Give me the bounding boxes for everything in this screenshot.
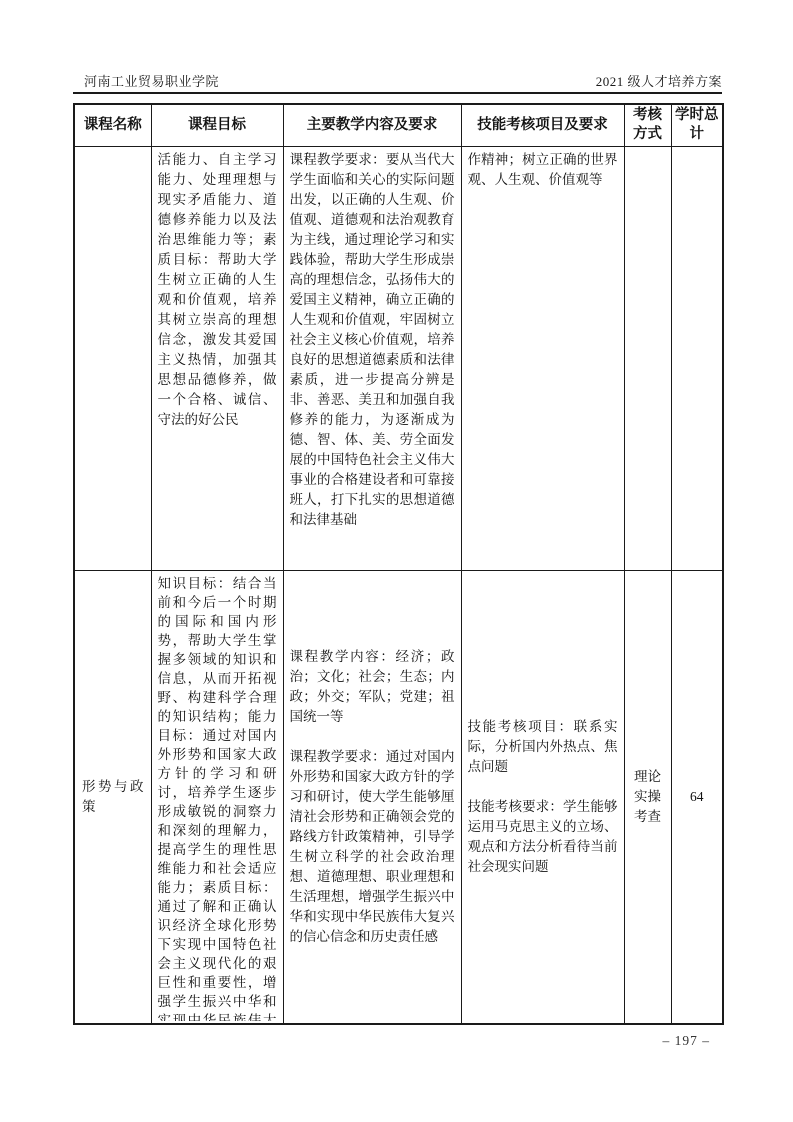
table-row: 活能力、自主学习能力、处理理想与现实矛盾能力、道德修养能力以及法治思维能力等；素… [74,146,723,570]
row1-teaching-content-text: 课程教学要求：要从当代大学生面临和关心的实际问题出发，以正确的人生观、价值观、道… [284,147,461,533]
table-header-row: 课程名称 课程目标 主要教学内容及要求 技能考核项目及要求 考核方式 学时总计 [74,104,723,146]
row1-skill-assessment-text: 作精神；树立正确的世界观、人生观、价值观等 [462,147,624,193]
col-header-course-name: 课程名称 [74,104,151,146]
header-rule [73,92,722,94]
cell-row1-objectives: 活能力、自主学习能力、处理理想与现实矛盾能力、道德修养能力以及法治思维能力等；素… [151,146,283,570]
cell-row1-method [624,146,671,570]
col-header-course-objectives: 课程目标 [151,104,283,146]
row1-objectives-text: 活能力、自主学习能力、处理理想与现实矛盾能力、道德修养能力以及法治思维能力等；素… [152,147,283,433]
row2-teaching-content-paragraph-1: 课程教学内容：经济；政治；文化；社会；生态；内政；外交；军队；党建；祖国统一等 [290,647,455,727]
method-line-review: 考查 [625,807,671,827]
cell-row1-hours [671,146,723,570]
col-header-total-hours: 学时总计 [671,104,723,146]
cell-row2-teaching-content: 课程教学内容：经济；政治；文化；社会；生态；内政；外交；军队；党建；祖国统一等 … [283,570,461,1024]
row2-teaching-content-paragraph-2: 课程教学要求：通过对国内外形势和国家大政方针的学习和研讨，使大学生能够厘清社会形… [290,747,455,947]
row2-objectives-text: 知识目标：结合当前和今后一个时期的国际和国内形势，帮助大学生掌握多领域的知识和信… [152,571,283,1021]
header-plan-title: 2021 级人才培养方案 [596,71,722,90]
cell-row1-course-name [74,146,151,570]
row2-course-name-text: 形势与政策 [75,774,151,820]
cell-row2-hours: 64 [671,570,723,1024]
table-row: 形势与政策 知识目标：结合当前和今后一个时期的国际和国内形势，帮助大学生掌握多领… [74,570,723,1024]
col-header-assessment-method: 考核方式 [624,104,671,146]
cell-row1-teaching-content: 课程教学要求：要从当代大学生面临和关心的实际问题出发，以正确的人生观、价值观、道… [283,146,461,570]
cell-row1-skill-assessment: 作精神；树立正确的世界观、人生观、价值观等 [461,146,624,570]
method-line-theory: 理论 [625,767,671,787]
cell-row2-course-name: 形势与政策 [74,570,151,1024]
cell-row2-method: 理论 实操 考查 [624,570,671,1024]
page-number: – 197 – [663,1033,711,1049]
cell-row2-objectives: 知识目标：结合当前和今后一个时期的国际和国内形势，帮助大学生掌握多领域的知识和信… [151,570,283,1024]
method-line-practice: 实操 [625,787,671,807]
cell-row2-skill-assessment: 技能考核项目：联系实际，分析国内外热点、焦点问题 技能考核要求：学生能够运用马克… [461,570,624,1024]
col-header-skill-assessment: 技能考核项目及要求 [461,104,624,146]
course-table: 课程名称 课程目标 主要教学内容及要求 技能考核项目及要求 考核方式 学时总计 … [73,103,724,1025]
header-school-name: 河南工业贸易职业学院 [84,71,219,90]
document-page: 河南工业贸易职业学院 2021 级人才培养方案 课程名称 课程目标 主要教学内容… [0,0,793,1122]
row2-skill-assessment-paragraph-2: 技能考核要求：学生能够运用马克思主义的立场、观点和方法分析看待当前社会现实问题 [468,797,618,877]
page-header: 河南工业贸易职业学院 2021 级人才培养方案 [84,71,722,90]
col-header-teaching-content: 主要教学内容及要求 [283,104,461,146]
row2-skill-assessment-paragraph-1: 技能考核项目：联系实际，分析国内外热点、焦点问题 [468,717,618,777]
